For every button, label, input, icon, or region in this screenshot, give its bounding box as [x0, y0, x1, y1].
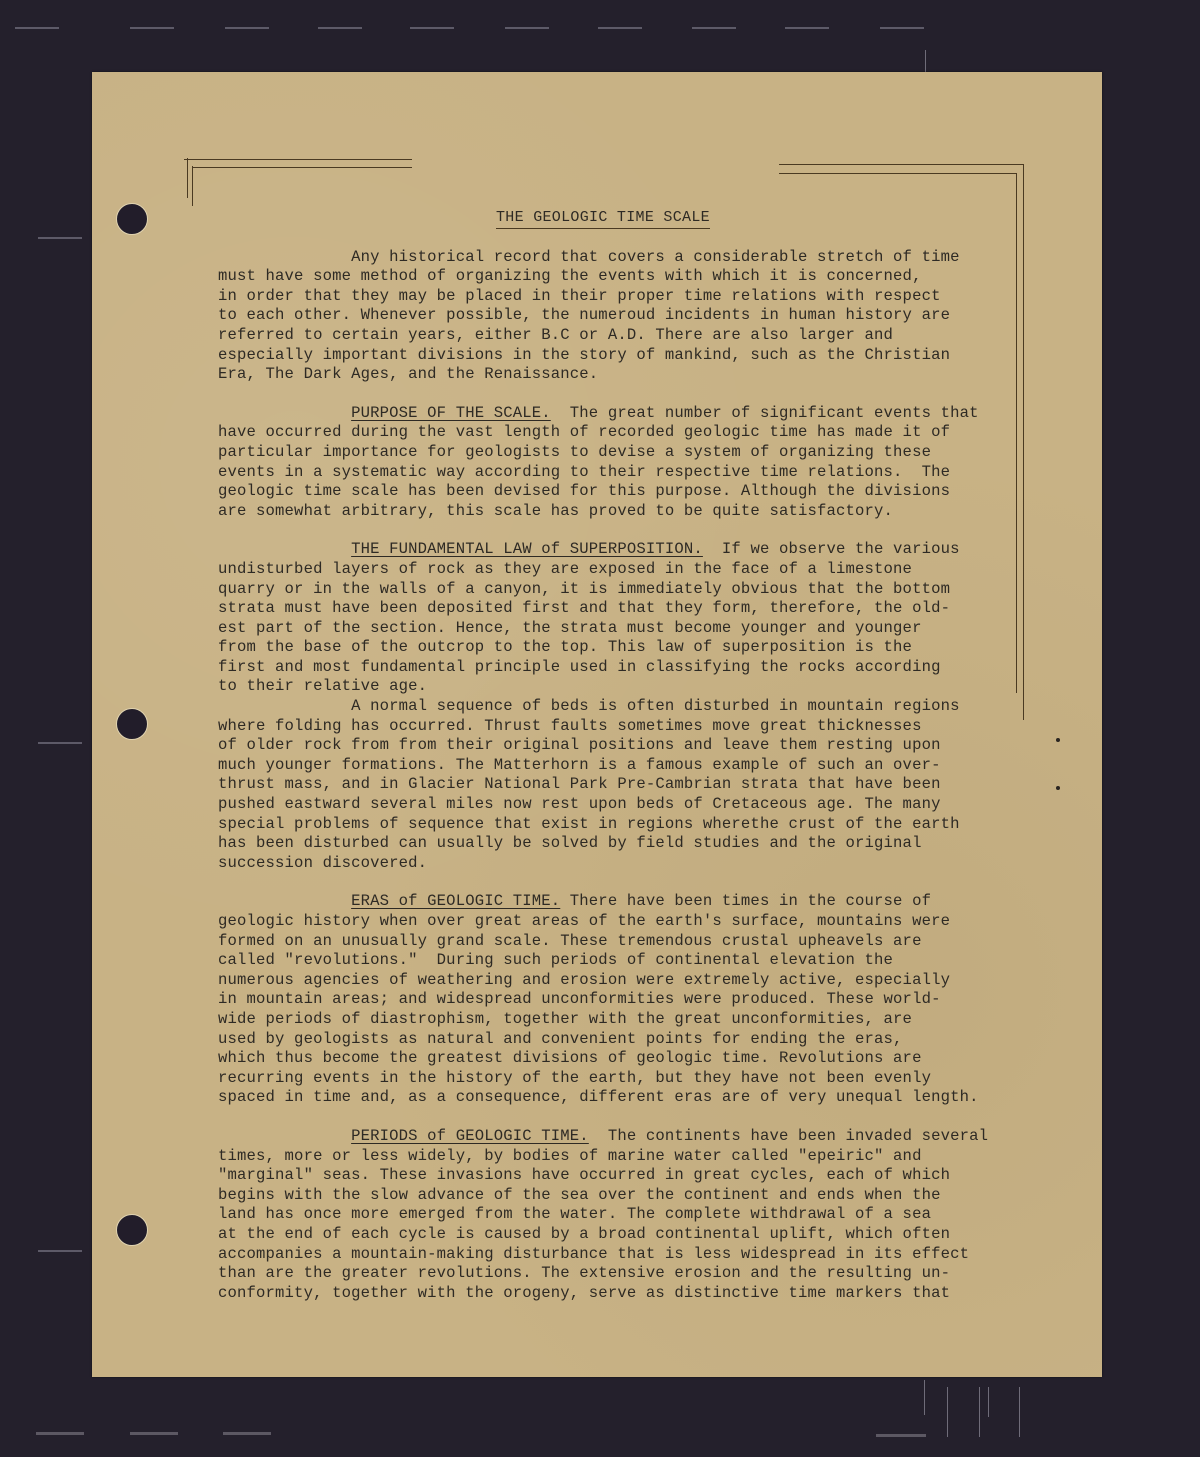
- line: succession discovered.: [218, 854, 427, 872]
- frame-rule-top-left-inner: [192, 167, 412, 168]
- ruler-mark: [598, 27, 642, 29]
- line: to each other. Whenever possible, the nu…: [218, 306, 950, 324]
- ruler-mark: [318, 27, 362, 29]
- line: particular importance for geologists to …: [218, 443, 931, 461]
- paragraph-normal-sequence: A normal sequence of beds is often distu…: [218, 697, 1018, 873]
- ruler-mark-left: [38, 237, 82, 239]
- scanner-label: [36, 1432, 84, 1435]
- scanner-tick: [979, 1387, 980, 1437]
- ruler-mark: [692, 27, 736, 29]
- line: much younger formations. The Matterhorn …: [218, 756, 941, 774]
- section-heading-eras: ERAS of GEOLOGIC TIME.: [351, 892, 560, 910]
- line: If we observe the various: [703, 540, 960, 558]
- section-heading-purpose: PURPOSE OF THE SCALE.: [351, 404, 551, 422]
- line: conformity, together with the orogeny, s…: [218, 1284, 950, 1302]
- paragraph-periods: PERIODS of GEOLOGIC TIME. The continents…: [218, 1127, 1018, 1303]
- line: recurring events in the history of the e…: [218, 1069, 931, 1087]
- ruler-mark: [785, 27, 829, 29]
- line: has been disturbed can usually be solved…: [218, 834, 922, 852]
- line: A normal sequence of beds is often distu…: [218, 697, 960, 715]
- line: numerous agencies of weathering and eros…: [218, 971, 950, 989]
- line: Any historical record that covers a cons…: [218, 248, 960, 266]
- ruler-mark-left: [38, 1250, 82, 1252]
- punch-hole: [116, 708, 148, 740]
- line: quarry or in the walls of a canyon, it i…: [218, 580, 950, 598]
- line: used by geologists as natural and conven…: [218, 1030, 903, 1048]
- line: must have some method of organizing the …: [218, 267, 922, 285]
- scanner-label: [223, 1432, 271, 1435]
- line: have occurred during the vast length of …: [218, 423, 950, 441]
- paragraph-intro: Any historical record that covers a cons…: [218, 248, 1018, 385]
- title-text: THE GEOLOGIC TIME SCALE: [496, 209, 710, 229]
- ruler-mark-left: [38, 742, 82, 744]
- ruler-mark: [15, 27, 59, 29]
- frame-rule-top-left-outer: [184, 159, 412, 160]
- scanner-tick: [924, 1380, 925, 1415]
- line: wide periods of diastrophism, together w…: [218, 1010, 912, 1028]
- line: at the end of each cycle is caused by a …: [218, 1225, 950, 1243]
- line: The great number of significant events t…: [551, 404, 979, 422]
- section-heading-superposition: THE FUNDAMENTAL LAW of SUPERPOSITION.: [351, 540, 703, 558]
- line: special problems of sequence that exist …: [218, 815, 960, 833]
- line: especially important divisions in the st…: [218, 346, 950, 364]
- line: The continents have been invaded several: [589, 1127, 988, 1145]
- line: formed on an unusually grand scale. Thes…: [218, 932, 922, 950]
- line: referred to certain years, either B.C or…: [218, 326, 893, 344]
- line: strata must have been deposited first an…: [218, 599, 950, 617]
- frame-rule-left-inner: [192, 166, 193, 206]
- scanner-tick: [988, 1387, 989, 1417]
- line: times, more or less widely, by bodies of…: [218, 1147, 922, 1165]
- line: in mountain areas; and widespread unconf…: [218, 990, 941, 1008]
- line: geologic time scale has been devised for…: [218, 482, 950, 500]
- paragraph-purpose: PURPOSE OF THE SCALE. The great number o…: [218, 404, 1018, 522]
- punch-hole: [116, 203, 148, 235]
- paragraph-superposition: THE FUNDAMENTAL LAW of SUPERPOSITION. If…: [218, 540, 1018, 697]
- line: spaced in time and, as a consequence, di…: [218, 1088, 979, 1106]
- ink-speck: [1056, 738, 1060, 742]
- frame-rule-top-right-inner: [779, 173, 1017, 174]
- section-heading-periods: PERIODS of GEOLOGIC TIME.: [351, 1127, 589, 1145]
- line: first and most fundamental principle use…: [218, 658, 941, 676]
- line: geologic history when over great areas o…: [218, 912, 950, 930]
- line: est part of the section. Hence, the stra…: [218, 619, 922, 637]
- line: There have been times in the course of: [560, 892, 931, 910]
- document-title: THE GEOLOGIC TIME SCALE: [496, 208, 1018, 228]
- line: from the base of the outcrop to the top.…: [218, 638, 912, 656]
- frame-rule-top-right-outer: [779, 164, 1024, 165]
- line: in order that they may be placed in thei…: [218, 287, 941, 305]
- ruler-mark: [225, 27, 269, 29]
- scanner-tick: [947, 1387, 948, 1437]
- ruler-mark: [130, 27, 174, 29]
- line: undisturbed layers of rock as they are e…: [218, 560, 912, 578]
- paragraph-eras: ERAS of GEOLOGIC TIME. There have been t…: [218, 892, 1018, 1108]
- scanner-tick: [1019, 1387, 1020, 1437]
- ruler-mark: [505, 27, 549, 29]
- line: which thus become the greatest divisions…: [218, 1049, 922, 1067]
- line: begins with the slow advance of the sea …: [218, 1186, 941, 1204]
- line: land has once more emerged from the wate…: [218, 1205, 931, 1223]
- line: accompanies a mountain-making disturbanc…: [218, 1245, 969, 1263]
- punch-hole: [116, 1214, 148, 1246]
- frame-rule-right-outer: [1023, 164, 1024, 720]
- ruler-mark: [880, 27, 924, 29]
- line: are somewhat arbitrary, this scale has p…: [218, 502, 893, 520]
- line: of older rock from from their original p…: [218, 736, 941, 754]
- line: "marginal" seas. These invasions have oc…: [218, 1166, 950, 1184]
- document-body: THE GEOLOGIC TIME SCALE Any historical r…: [218, 208, 1018, 1322]
- line: to their relative age.: [218, 677, 427, 695]
- scanner-label: [130, 1432, 178, 1435]
- line: where folding has occurred. Thrust fault…: [218, 717, 922, 735]
- frame-rule-left-outer: [187, 158, 188, 198]
- line: Era, The Dark Ages, and the Renaissance.: [218, 365, 598, 383]
- ruler-mark: [410, 27, 454, 29]
- line: called "revolutions." During such period…: [218, 951, 893, 969]
- line: events in a systematic way according to …: [218, 463, 950, 481]
- scanner-label: [876, 1434, 926, 1437]
- ink-speck: [1056, 786, 1060, 790]
- line: than are the greater revolutions. The ex…: [218, 1264, 950, 1282]
- scanner-tick: [925, 50, 926, 72]
- line: thrust mass, and in Glacier National Par…: [218, 775, 941, 793]
- line: pushed eastward several miles now rest u…: [218, 795, 941, 813]
